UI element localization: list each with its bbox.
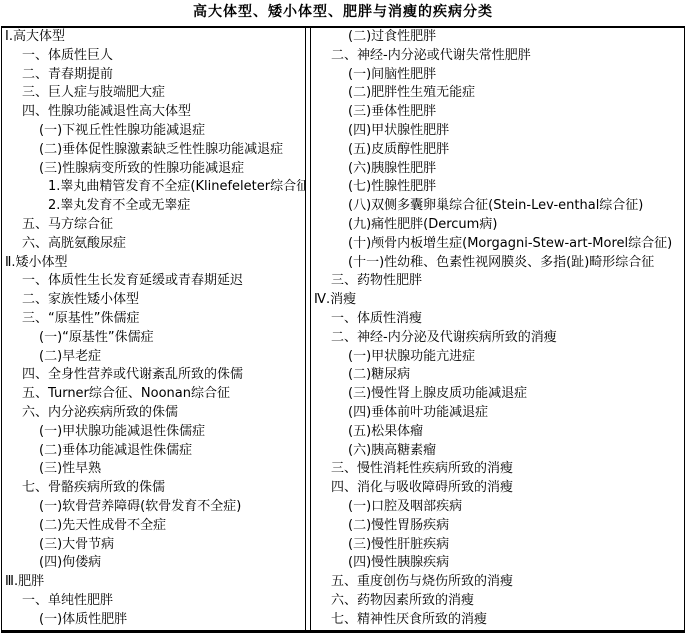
classification-item: (一)甲状腺功能减退性侏儒症 xyxy=(2,423,305,442)
classification-item: (一)软骨营养障碍(软骨发育不全症) xyxy=(2,498,305,517)
classification-item: (五)松果体瘤 xyxy=(311,423,684,442)
classification-item: Ⅰ.高大体型 xyxy=(2,28,305,47)
classification-item: (一)体质性肥胖 xyxy=(2,611,305,630)
classification-item: (二)垂体促性腺激素缺乏性性腺功能减退症 xyxy=(2,141,305,160)
classification-item: (八)双侧多囊卵巢综合征(Stein-Lev-enthal综合征) xyxy=(311,197,684,216)
classification-item: (十一)性幼稚、色素性视网膜炎、多指(趾)畸形综合征 xyxy=(311,254,684,273)
page-title: 高大体型、矮小体型、肥胖与消瘦的疾病分类 xyxy=(0,0,686,26)
classification-item: (一)甲状腺功能亢进症 xyxy=(311,348,684,367)
classification-item: 1.睾丸曲精管发育不全症(Klinefeleter综合征) xyxy=(2,178,305,197)
classification-item: (二)早老症 xyxy=(2,348,305,367)
classification-item: (三)大骨节病 xyxy=(2,536,305,555)
classification-item: 三、巨人症与肢端肥大症 xyxy=(2,84,305,103)
classification-item: (三)性早熟 xyxy=(2,460,305,479)
classification-item: (三)性腺病变所致的性腺功能减退症 xyxy=(2,160,305,179)
classification-table: Ⅰ.高大体型一、体质性巨人二、青春期提前三、巨人症与肢端肥大症四、性腺功能减退性… xyxy=(1,26,685,633)
classification-item: 三、“原基性”侏儒症 xyxy=(2,310,305,329)
classification-item: 二、神经-内分泌及代谢疾病所致的消瘦 xyxy=(311,329,684,348)
classification-item: 四、消化与吸收障碍所致的消瘦 xyxy=(311,479,684,498)
classification-item: (二)先天性成骨不全症 xyxy=(2,517,305,536)
classification-item: 一、体质性消瘦 xyxy=(311,310,684,329)
classification-item: 二、神经-内分泌或代谢失常性肥胖 xyxy=(311,47,684,66)
classification-item: (四)佝偻病 xyxy=(2,554,305,573)
classification-item: (五)皮质醇性肥胖 xyxy=(311,141,684,160)
classification-item: 五、马方综合征 xyxy=(2,216,305,235)
classification-item: 六、内分泌疾病所致的侏儒 xyxy=(2,404,305,423)
classification-item: 四、全身性营养或代谢紊乱所致的侏儒 xyxy=(2,366,305,385)
classification-item: (四)慢性胰腺疾病 xyxy=(311,554,684,573)
classification-item: (一)“原基性”侏儒症 xyxy=(2,329,305,348)
classification-item: 六、药物因素所致的消瘦 xyxy=(311,592,684,611)
right-column: (二)过食性肥胖二、神经-内分泌或代谢失常性肥胖(一)间脑性肥胖(二)肥胖性生殖… xyxy=(311,28,684,630)
classification-item: Ⅱ.矮小体型 xyxy=(2,254,305,273)
classification-item: (二)糖尿病 xyxy=(311,366,684,385)
classification-item: 五、重度创伤与烧伤所致的消瘦 xyxy=(311,573,684,592)
classification-item: 三、药物性肥胖 xyxy=(311,272,684,291)
classification-item: 七、骨骼疾病所致的侏儒 xyxy=(2,479,305,498)
classification-item: 三、慢性消耗性疾病所致的消瘦 xyxy=(311,460,684,479)
classification-item: 七、精神性厌食所致的消瘦 xyxy=(311,611,684,630)
classification-item: (二)肥胖性生殖无能症 xyxy=(311,84,684,103)
classification-item: 六、高胱氨酸尿症 xyxy=(2,235,305,254)
classification-item: (三)慢性肾上腺皮质功能减退症 xyxy=(311,385,684,404)
classification-item: 一、体质性生长发育延缓或青春期延迟 xyxy=(2,272,305,291)
classification-item: (七)性腺性肥胖 xyxy=(311,178,684,197)
classification-item: 一、体质性巨人 xyxy=(2,47,305,66)
classification-item: (一)口腔及咽部疾病 xyxy=(311,498,684,517)
classification-item: 二、家族性矮小体型 xyxy=(2,291,305,310)
classification-item: (十)颅骨内板增生症(Morgagni-Stew-art-Morel综合征) xyxy=(311,235,684,254)
classification-item: 一、单纯性肥胖 xyxy=(2,592,305,611)
left-column: Ⅰ.高大体型一、体质性巨人二、青春期提前三、巨人症与肢端肥大症四、性腺功能减退性… xyxy=(2,28,305,630)
classification-item: 四、性腺功能减退性高大体型 xyxy=(2,103,305,122)
classification-item: (四)甲状腺性肥胖 xyxy=(311,122,684,141)
classification-item: Ⅲ.肥胖 xyxy=(2,573,305,592)
classification-item: 2.睾丸发育不全或无睾症 xyxy=(2,197,305,216)
classification-item: (六)胰高糖素瘤 xyxy=(311,442,684,461)
classification-item: (二)慢性胃肠疾病 xyxy=(311,517,684,536)
classification-item: (六)胰腺性肥胖 xyxy=(311,160,684,179)
classification-item: (三)慢性肝脏疾病 xyxy=(311,536,684,555)
classification-item: 五、Turner综合征、Noonan综合征 xyxy=(2,385,305,404)
classification-item: (二)垂体功能减退性侏儒症 xyxy=(2,442,305,461)
classification-item: (一)间脑性肥胖 xyxy=(311,66,684,85)
classification-item: (四)垂体前叶功能减退症 xyxy=(311,404,684,423)
classification-item: (二)过食性肥胖 xyxy=(311,28,684,47)
classification-item: 二、青春期提前 xyxy=(2,66,305,85)
classification-item: (一)下视丘性性腺功能减退症 xyxy=(2,122,305,141)
classification-item: (三)垂体性肥胖 xyxy=(311,103,684,122)
classification-item: Ⅳ.消瘦 xyxy=(311,291,684,310)
classification-item: (九)痛性肥胖(Dercum病) xyxy=(311,216,684,235)
